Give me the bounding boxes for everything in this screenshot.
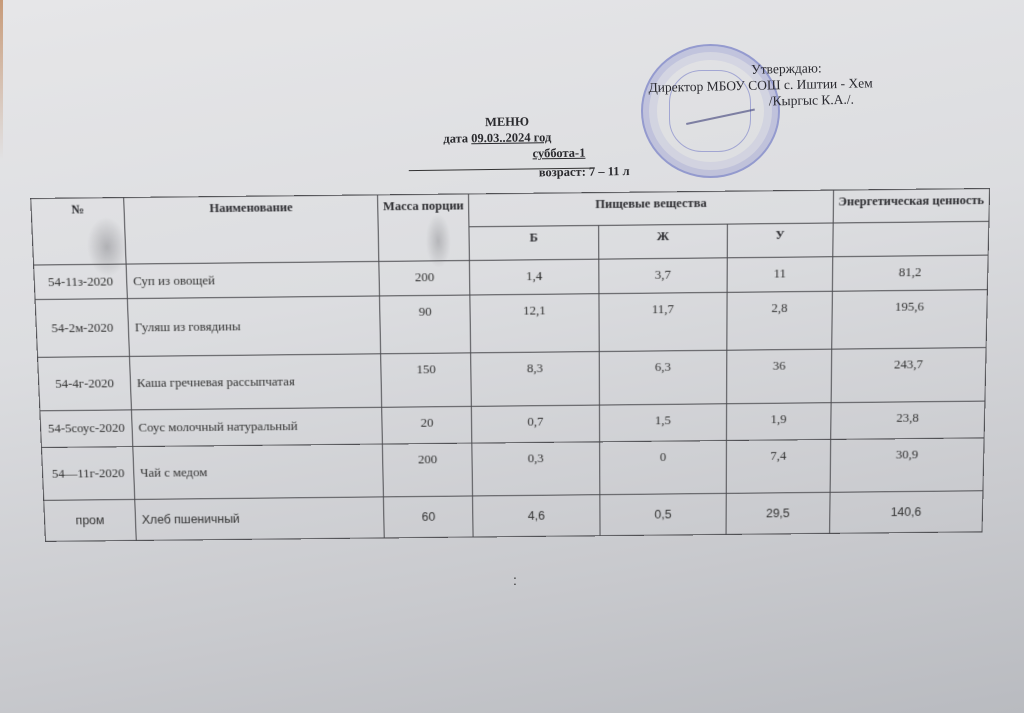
- menu-age: возраст: 7 – 11 л: [539, 163, 661, 181]
- table-row: 54-2м-2020Гуляш из говядины9012,111,72,8…: [35, 289, 987, 357]
- date-label: дата: [443, 131, 468, 145]
- protein-value: 12,1: [470, 293, 599, 352]
- fat-value: 11,7: [599, 292, 728, 351]
- protein-value: 0,3: [472, 442, 599, 496]
- header-mass: Масса порции: [378, 194, 470, 262]
- dish-name: Гуляш из говядины: [127, 296, 380, 356]
- portion-mass: 200: [379, 260, 470, 295]
- footer-mark: :: [513, 572, 517, 588]
- approval-block: Утверждаю: Директор МБОУ СОШ с. Иштии - …: [648, 58, 949, 112]
- dish-code: 54-5соус-2020: [40, 409, 133, 447]
- smudge: [425, 214, 451, 269]
- carb-value: 29,5: [726, 493, 830, 535]
- table-row: 54-4г-2020Каша гречневая рассыпчатая1508…: [38, 347, 987, 410]
- header-nutrients: Пищевые вещества: [469, 190, 833, 227]
- fat-value: 0: [599, 441, 726, 495]
- protein-value: 1,4: [470, 259, 599, 294]
- fat-value: 1,5: [599, 403, 727, 442]
- header-b: Б: [469, 225, 598, 260]
- dish-code: пром: [44, 500, 137, 542]
- fat-value: 6,3: [599, 350, 727, 405]
- portion-mass: 60: [384, 496, 474, 538]
- dish-name: Чай с медом: [133, 444, 384, 499]
- smudge: [86, 217, 128, 277]
- portion-mass: 20: [382, 406, 472, 444]
- menu-title-block: МЕНЮ дата 09.03..2024 год суббота-1 возр…: [420, 112, 661, 182]
- dish-code: 54—11г-2020: [41, 447, 134, 501]
- dish-code: 54-2м-2020: [35, 298, 129, 357]
- table-row: 54—11г-2020Чай с медом2000,307,430,9: [41, 438, 984, 500]
- portion-mass: 90: [380, 295, 471, 354]
- menu-table: № Наименование Масса порции Пищевые веще…: [30, 188, 990, 542]
- dish-name: Суп из овощей: [126, 261, 380, 298]
- approval-signatory: /Кыргыс К.А./.: [769, 90, 949, 110]
- dish-code: 54-4г-2020: [38, 356, 132, 410]
- menu-table-container: № Наименование Масса порции Пищевые веще…: [30, 188, 990, 542]
- carb-value: 2,8: [727, 291, 832, 350]
- header-energy-sub: [832, 221, 988, 256]
- header-name: Наименование: [124, 195, 379, 264]
- energy-value: 81,2: [832, 255, 988, 291]
- fat-value: 0,5: [600, 494, 727, 536]
- menu-table-body: 54-11з-2020Суп из овощей2001,43,71181,25…: [34, 255, 989, 541]
- energy-value: 243,7: [831, 347, 986, 402]
- protein-value: 4,6: [473, 495, 600, 537]
- energy-value: 195,6: [831, 289, 987, 349]
- carb-value: 1,9: [727, 402, 831, 440]
- dish-name: Соус молочный натуральный: [131, 407, 382, 447]
- header-zh: Ж: [598, 224, 727, 259]
- protein-value: 8,3: [471, 351, 599, 406]
- portion-mass: 150: [381, 352, 472, 406]
- energy-value: 140,6: [829, 491, 983, 533]
- menu-day: суббота-1: [532, 144, 660, 162]
- header-u: У: [727, 223, 832, 258]
- portion-mass: 200: [383, 443, 473, 497]
- protein-value: 0,7: [472, 405, 600, 444]
- dish-name: Каша гречневая рассыпчатая: [129, 353, 381, 409]
- energy-value: 30,9: [830, 438, 984, 492]
- energy-value: 23,8: [830, 401, 985, 440]
- dish-name: Хлеб пшеничный: [135, 497, 385, 540]
- header-energy: Энергетическая ценность: [833, 188, 990, 223]
- carb-value: 11: [727, 257, 832, 292]
- fat-value: 3,7: [599, 258, 728, 293]
- paper-edge: [0, 0, 3, 160]
- carb-value: 36: [727, 349, 832, 404]
- date-value: 09.03..2024 год: [471, 130, 551, 145]
- table-row: промХлеб пшеничный604,60,529,5140,6: [44, 491, 983, 541]
- carb-value: 7,4: [726, 440, 830, 494]
